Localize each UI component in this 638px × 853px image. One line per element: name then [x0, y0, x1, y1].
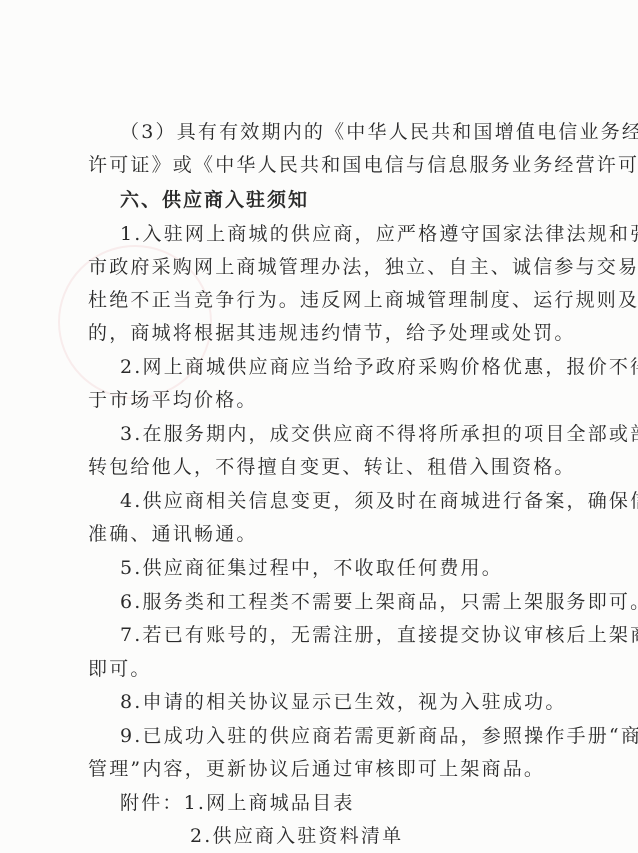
rule-2-line-1: 2.网上商城供应商应当给予政府采购价格优惠，报价不得高	[120, 355, 638, 379]
rule-4-line-1: 4.供应商相关信息变更，须及时在商城进行备案，确保信息	[120, 489, 638, 513]
rule-4-line-2: 准确、通讯畅通。	[88, 522, 258, 546]
license-requirement-line-1: （3）具有有效期内的《中华人民共和国增值电信业务经营	[120, 120, 638, 144]
license-requirement-line-2: 许可证》或《中华人民共和国电信与信息服务业务经营许可证》。	[88, 153, 638, 177]
rule-1-line-3: 杜绝不正当竞争行为。违反网上商城管理制度、运行规则及承诺	[88, 288, 638, 312]
rule-1-line-2: 市政府采购网上商城管理办法，独立、自主、诚信参与交易活动，	[88, 255, 638, 279]
rule-3-line-1: 3.在服务期内，成交供应商不得将所承担的项目全部或部分	[120, 422, 638, 446]
rule-1-line-4: 的，商城将根据其违规违约情节，给予处理或处罚。	[88, 321, 576, 345]
rule-9-line-1: 9.已成功入驻的供应商若需更新商品，参照操作手册“商品	[120, 724, 638, 748]
section-heading: 六、供应商入驻须知	[120, 188, 309, 212]
attachment-1: 附件：1.网上商城品目表	[120, 791, 355, 815]
rule-5: 5.供应商征集过程中，不收取任何费用。	[120, 556, 503, 580]
rule-9-line-2: 管理”内容，更新协议后通过审核即可上架商品。	[88, 757, 545, 781]
rule-8: 8.申请的相关协议显示已生效，视为入驻成功。	[120, 690, 567, 714]
rule-2-line-2: 于市场平均价格。	[88, 388, 258, 412]
attachment-2: 2.供应商入驻资料清单	[190, 824, 403, 848]
rule-3-line-2: 转包给他人，不得擅自变更、转让、租借入围资格。	[88, 455, 576, 479]
rule-6: 6.服务类和工程类不需要上架商品，只需上架服务即可。	[120, 590, 638, 614]
rule-1-line-1: 1.入驻网上商城的供应商，应严格遵守国家法律法规和张掖	[120, 222, 638, 246]
document-page: （3）具有有效期内的《中华人民共和国增值电信业务经营 许可证》或《中华人民共和国…	[0, 0, 638, 853]
rule-7-line-2: 即可。	[88, 657, 152, 681]
rule-7-line-1: 7.若已有账号的，无需注册，直接提交协议审核后上架商品	[120, 623, 638, 647]
